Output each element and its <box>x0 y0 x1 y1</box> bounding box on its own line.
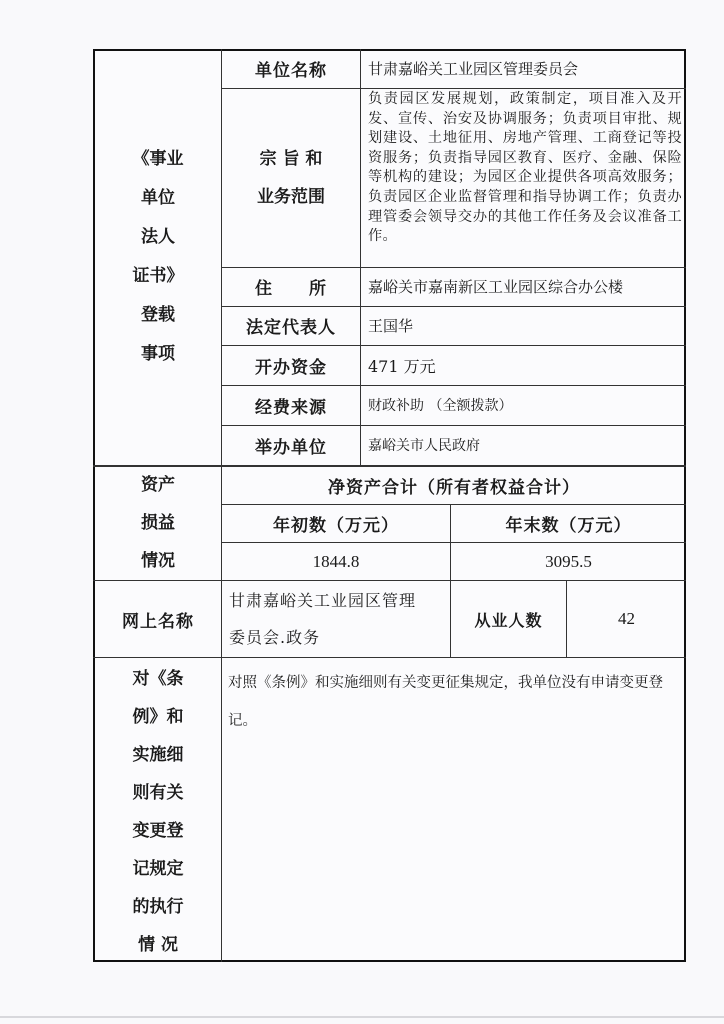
address-value: 嘉峪关市嘉南新区工业园区综合办公楼 <box>361 267 686 306</box>
title-line: 损益 <box>141 504 175 542</box>
capital-label: 开办资金 <box>222 345 360 385</box>
assets-section-title: 资产 损益 情况 <box>95 466 221 580</box>
title-line: 情 况 <box>138 926 178 964</box>
title-line: 单位 <box>141 179 175 218</box>
end-of-year-label: 年末数（万元） <box>451 505 686 542</box>
title-line: 对《条 <box>133 660 184 698</box>
sponsor-label: 举办单位 <box>222 425 360 465</box>
employees-value: 42 <box>567 581 686 657</box>
title-line: 登载 <box>141 296 175 335</box>
scope-label-line: 宗 旨 和 <box>260 140 323 178</box>
end-of-year-value: 3095.5 <box>451 543 686 580</box>
title-line: 的执行 <box>133 888 184 926</box>
sponsor-value: 嘉峪关市人民政府 <box>361 425 686 465</box>
online-name-value: 甘肃嘉峪关工业园区管理 委员会.政务 <box>222 581 450 657</box>
legal-rep-label: 法定代表人 <box>222 306 360 345</box>
title-line: 实施细 <box>133 736 184 774</box>
funding-label: 经费来源 <box>222 385 360 425</box>
title-line: 证书》 <box>133 257 184 296</box>
title-line: 则有关 <box>133 774 184 812</box>
unit-name-label: 单位名称 <box>222 49 360 88</box>
net-assets-header: 净资产合计（所有者权益合计） <box>222 466 686 504</box>
start-of-year-value: 1844.8 <box>222 543 450 580</box>
online-name-line: 委员会.政务 <box>229 619 320 656</box>
address-label: 住 所 <box>222 267 360 306</box>
scope-label-line: 业务范围 <box>257 178 325 216</box>
employees-label: 从业人数 <box>451 581 566 657</box>
title-line: 资产 <box>141 466 175 504</box>
compliance-text: 对照《条例》和实施细则有关变更征集规定，我单位没有申请变更登记。 <box>228 664 680 740</box>
title-line: 《事业 <box>133 140 184 179</box>
legal-rep-value: 王国华 <box>361 306 686 345</box>
scope-value: 负责园区发展规划，政策制定，项目准入及开发、宣传、治安及协调服务；负责项目审批、… <box>368 90 682 247</box>
unit-name-value: 甘肃嘉峪关工业园区管理委员会 <box>361 49 686 88</box>
start-of-year-label: 年初数（万元） <box>222 505 450 542</box>
compliance-section-title: 对《条 例》和 实施细 则有关 变更登 记规定 的执行 情 况 <box>95 658 221 960</box>
title-line: 变更登 <box>133 812 184 850</box>
online-name-label: 网上名称 <box>95 581 221 657</box>
title-line: 情况 <box>141 542 175 580</box>
title-line: 记规定 <box>133 850 184 888</box>
scope-label: 宗 旨 和 业务范围 <box>222 88 360 267</box>
certificate-section-title: 《事业 单位 法人 证书》 登载 事项 <box>95 140 221 370</box>
title-line: 例》和 <box>133 698 184 736</box>
title-line: 法人 <box>141 218 175 257</box>
title-line: 事项 <box>141 335 175 374</box>
capital-value: 471 万元 <box>361 345 686 385</box>
funding-value: 财政补助 （全额拨款） <box>361 385 686 425</box>
page-bottom-edge <box>0 1016 724 1018</box>
online-name-line: 甘肃嘉峪关工业园区管理 <box>229 582 416 619</box>
